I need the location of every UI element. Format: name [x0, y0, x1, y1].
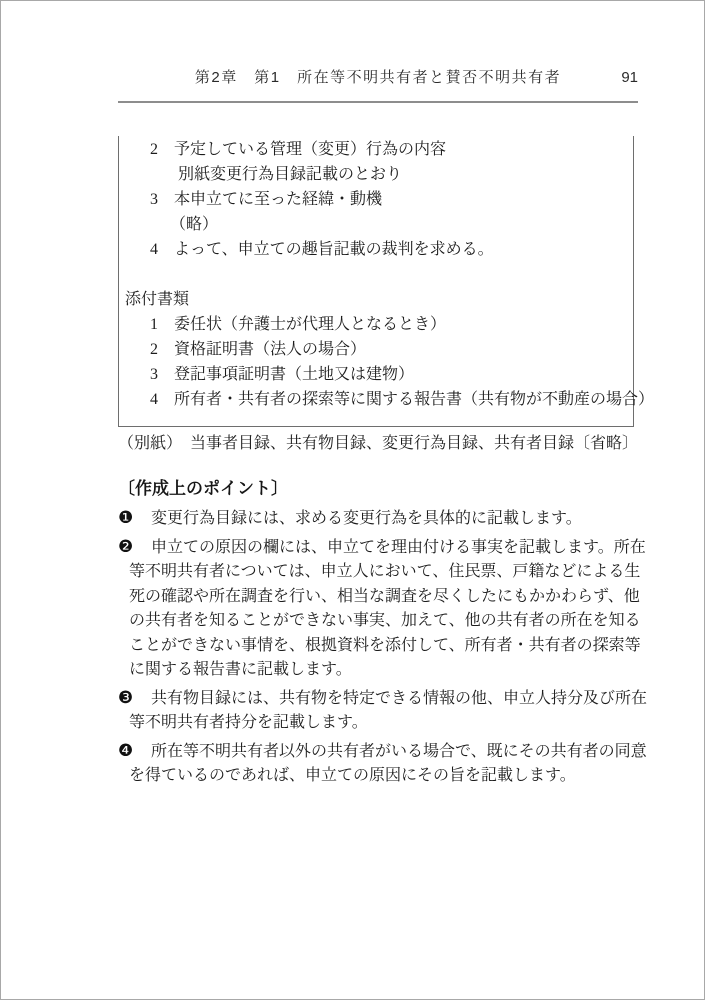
points-heading: 〔作成上のポイント〕 — [118, 477, 288, 501]
point-line: ❸共有物目録には、共有物を特定できる情報の他、申立人持分及び所在 — [118, 686, 646, 712]
attachment-list-item: 2 資格証明書（法人の場合） — [125, 337, 629, 362]
chapter-title: 第2章 第1 所在等不明共有者と賛否不明共有者 — [195, 69, 561, 86]
point-line: に関する報告書に記載します。 — [118, 658, 646, 683]
box-line: 2 予定している管理（変更）行為の内容 — [125, 137, 629, 162]
point-text: 所在等不明共有者以外の共有者がいる場合で、既にその共有者の同意 — [151, 743, 647, 760]
attachment-list-item: 3 登記事項証明書（土地又は建物） — [125, 362, 629, 387]
point-line: ❷申立ての原因の欄には、申立てを理由付ける事実を記載します。所在 — [118, 535, 646, 561]
point-text: 共有物目録には、共有物を特定できる情報の他、申立人持分及び所在 — [151, 690, 647, 707]
point-line: の共有者を知ることができない事実、加えて、他の共有者の所在を知る — [118, 609, 646, 634]
point-text: 申立ての原因の欄には、申立てを理由付ける事実を記載します。所在 — [151, 539, 646, 556]
box-line: 4 よって、申立ての趣旨記載の裁判を求める。 — [125, 237, 629, 262]
appendix-note: （別紙） 当事者目録、共有物目録、変更行為目録、共有者目録〔省略〕 — [118, 432, 658, 456]
point-item: ❷申立ての原因の欄には、申立てを理由付ける事実を記載します。所在 等不明共有者に… — [118, 535, 646, 683]
point-item: ❸共有物目録には、共有物を特定できる情報の他、申立人持分及び所在 等不明共有者持… — [118, 686, 646, 736]
box-line: 3 本申立てに至った経緯・動機 — [125, 187, 629, 212]
point-item: ❹所在等不明共有者以外の共有者がいる場合で、既にその共有者の同意 を得ているので… — [118, 739, 646, 789]
running-head: 第2章 第1 所在等不明共有者と賛否不明共有者 91 — [118, 67, 638, 89]
numbered-circle-2-icon: ❷ — [118, 535, 151, 560]
page-number: 91 — [621, 67, 638, 89]
numbered-circle-3-icon: ❸ — [118, 686, 151, 711]
point-line: ❶変更行為目録には、求める変更行為を具体的に記載します。 — [118, 506, 646, 532]
numbered-circle-1-icon: ❶ — [118, 506, 151, 531]
numbered-circle-4-icon: ❹ — [118, 739, 151, 764]
points-list: ❶変更行為目録には、求める変更行為を具体的に記載します。 ❷申立ての原因の欄には… — [118, 506, 646, 789]
book-page: 第2章 第1 所在等不明共有者と賛否不明共有者 91 2 予定している管理（変更… — [0, 0, 705, 1000]
attachment-list-item: 1 委任状（弁護士が代理人となるとき） — [125, 312, 629, 337]
sample-document-box: 2 予定している管理（変更）行為の内容 別紙変更行為目録記載のとおり 3 本申立… — [118, 136, 634, 427]
point-line: 死の確認や所在調査を行い、相当な調査を尽くしたにもかかわらず、他 — [118, 585, 646, 610]
box-blank-line — [125, 262, 629, 287]
point-line: ❹所在等不明共有者以外の共有者がいる場合で、既にその共有者の同意 — [118, 739, 646, 765]
box-line: 別紙変更行為目録記載のとおり — [125, 162, 629, 187]
point-item: ❶変更行為目録には、求める変更行為を具体的に記載します。 — [118, 506, 646, 532]
point-line: 等不明共有者については、申立人において、住民票、戸籍などによる生 — [118, 560, 646, 585]
attachment-list-item: 4 所有者・共有者の探索等に関する報告書（共有物が不動産の場合） — [125, 387, 629, 412]
header-rule — [118, 101, 638, 103]
box-line: （略） — [125, 212, 629, 237]
point-line: 等不明共有者持分を記載します。 — [118, 711, 646, 736]
point-text: 変更行為目録には、求める変更行為を具体的に記載します。 — [151, 510, 582, 527]
point-line: ことができない事情を、根拠資料を添付して、所有者・共有者の探索等 — [118, 634, 646, 659]
point-line: を得ているのであれば、申立ての原因にその旨を記載します。 — [118, 764, 646, 789]
attachments-label: 添付書類 — [125, 287, 629, 312]
